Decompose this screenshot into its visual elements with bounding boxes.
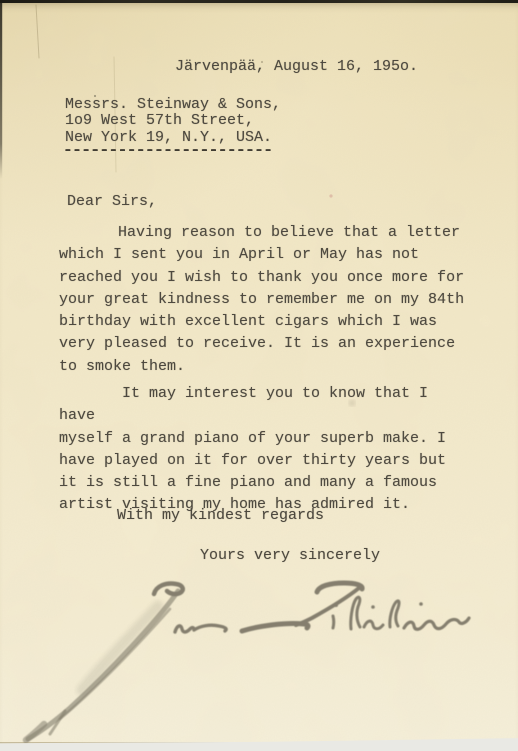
body-paragraph-2: It may interest you to know that I have … [59,383,473,517]
scanned-letter: Järvenpää, August 16, 195o. Messrs. Stei… [0,0,518,751]
closing-sincerely: Yours very sincerely [200,546,380,566]
recipient-address: Messrs. Steinway & Sons, 1o9 West 57th S… [65,97,281,146]
scan-edge-top [0,0,518,3]
address-underline: ----------------------- [63,142,272,159]
date-line: Järvenpää, August 16, 195o. [175,58,418,76]
letter-text-layer: Järvenpää, August 16, 195o. Messrs. Stei… [0,3,518,744]
closing-regards: With my kindest regards [117,506,324,526]
salutation: Dear Sirs, [67,192,157,212]
letter-page: Järvenpää, August 16, 195o. Messrs. Stei… [0,3,518,744]
body-paragraph-1: Having reason to believe that a letter w… [59,222,473,378]
